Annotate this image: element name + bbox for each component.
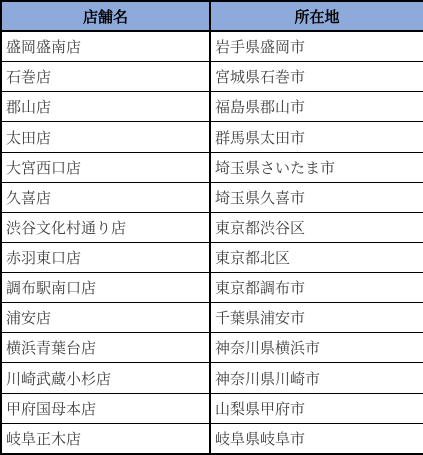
table-row: 岐阜正木店 岐阜県岐阜市 bbox=[1, 423, 423, 454]
table-row: 渋谷文化村通り店 東京都渋谷区 bbox=[1, 212, 423, 242]
store-name-cell: 郡山店 bbox=[1, 92, 210, 122]
store-name-cell: 渋谷文化村通り店 bbox=[1, 212, 210, 242]
location-cell: 埼玉県久喜市 bbox=[210, 182, 423, 212]
location-cell: 東京都北区 bbox=[210, 242, 423, 272]
store-name-cell: 浦安店 bbox=[1, 303, 210, 333]
column-header-location: 所在地 bbox=[210, 1, 423, 31]
table-row: 浦安店 千葉県浦安市 bbox=[1, 303, 423, 333]
store-list-page: 店舗名 所在地 盛岡盛南店 岩手県盛岡市 石巻店 宮城県石巻市 郡山店 福島県郡… bbox=[0, 0, 423, 455]
location-cell: 東京都渋谷区 bbox=[210, 212, 423, 242]
table-row: 調布駅南口店 東京都調布市 bbox=[1, 273, 423, 303]
table-row: 川崎武蔵小杉店 神奈川県川崎市 bbox=[1, 363, 423, 393]
store-name-cell: 赤羽東口店 bbox=[1, 242, 210, 272]
location-cell: 群馬県太田市 bbox=[210, 122, 423, 152]
table-row: 赤羽東口店 東京都北区 bbox=[1, 242, 423, 272]
location-cell: 神奈川県川崎市 bbox=[210, 363, 423, 393]
table-row: 久喜店 埼玉県久喜市 bbox=[1, 182, 423, 212]
table-row: 盛岡盛南店 岩手県盛岡市 bbox=[1, 31, 423, 62]
store-name-cell: 川崎武蔵小杉店 bbox=[1, 363, 210, 393]
table-row: 太田店 群馬県太田市 bbox=[1, 122, 423, 152]
store-name-cell: 石巻店 bbox=[1, 62, 210, 92]
table-row: 甲府国母本店 山梨県甲府市 bbox=[1, 393, 423, 423]
location-cell: 千葉県浦安市 bbox=[210, 303, 423, 333]
location-cell: 埼玉県さいたま市 bbox=[210, 152, 423, 182]
store-name-cell: 太田店 bbox=[1, 122, 210, 152]
location-cell: 神奈川県横浜市 bbox=[210, 333, 423, 363]
location-cell: 山梨県甲府市 bbox=[210, 393, 423, 423]
store-name-cell: 岐阜正木店 bbox=[1, 423, 210, 454]
store-location-table: 店舗名 所在地 盛岡盛南店 岩手県盛岡市 石巻店 宮城県石巻市 郡山店 福島県郡… bbox=[0, 0, 423, 455]
store-name-cell: 大宮西口店 bbox=[1, 152, 210, 182]
store-name-cell: 甲府国母本店 bbox=[1, 393, 210, 423]
store-name-cell: 久喜店 bbox=[1, 182, 210, 212]
column-header-store-name: 店舗名 bbox=[1, 1, 210, 31]
header-row: 店舗名 所在地 bbox=[1, 1, 423, 31]
location-cell: 宮城県石巻市 bbox=[210, 62, 423, 92]
store-name-cell: 横浜青葉台店 bbox=[1, 333, 210, 363]
store-name-cell: 盛岡盛南店 bbox=[1, 31, 210, 62]
table-row: 大宮西口店 埼玉県さいたま市 bbox=[1, 152, 423, 182]
table-row: 郡山店 福島県郡山市 bbox=[1, 92, 423, 122]
location-cell: 岩手県盛岡市 bbox=[210, 31, 423, 62]
location-cell: 岐阜県岐阜市 bbox=[210, 423, 423, 454]
location-cell: 福島県郡山市 bbox=[210, 92, 423, 122]
table-row: 横浜青葉台店 神奈川県横浜市 bbox=[1, 333, 423, 363]
table-row: 石巻店 宮城県石巻市 bbox=[1, 62, 423, 92]
location-cell: 東京都調布市 bbox=[210, 273, 423, 303]
store-name-cell: 調布駅南口店 bbox=[1, 273, 210, 303]
